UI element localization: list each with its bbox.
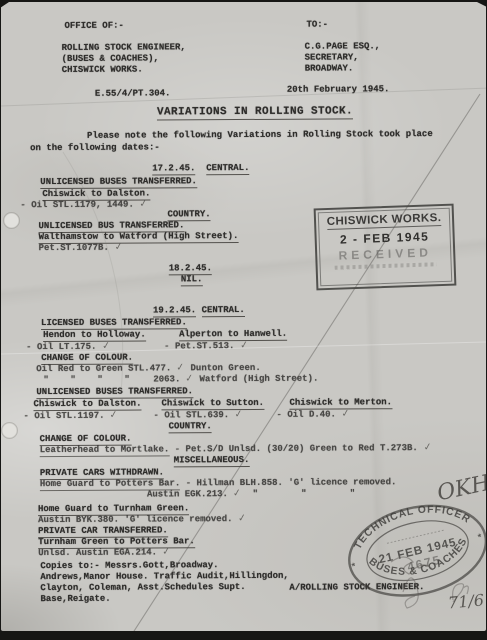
- entry-austin-ega-214: Unlsd. Austin EGA.214. ✓: [38, 547, 171, 558]
- received-stamp-title: CHISWICK WORKS.: [319, 212, 449, 229]
- received-stamp: CHISWICK WORKS. 2 - FEB 1945 RECEIVED: [314, 204, 457, 291]
- recipient-line-1: C.G.PAGE ESQ.,: [305, 41, 381, 51]
- intro-line-1: Please note the following Variations in …: [87, 129, 433, 141]
- route-home-guard-turnham-green: Home Guard to Turnham Green.: [38, 503, 189, 514]
- nil-entry: NIL.: [181, 274, 203, 284]
- letter-date: 20th February 1945.: [287, 84, 390, 95]
- route-walthamstow-watford: Walthamstow to Watford (High Street).: [39, 231, 239, 242]
- recipient-line-2: SECRETARY,: [305, 52, 359, 62]
- check-mark: ✓: [341, 409, 351, 420]
- copies-line-3: Clayton, Coleman, Asst.Schedules Supt.: [40, 582, 245, 593]
- route-chiswick-dalston: Chiswick to Dalston.: [42, 188, 150, 199]
- office-of-label: OFFICE OF:-: [64, 21, 123, 31]
- entry-austin-byk-380: Austin BYK.380. 'G' licence removed. ✓: [38, 514, 246, 525]
- check-mark: ✓: [185, 374, 195, 385]
- heading-miscellaneous: MISCELLANEOUS.: [174, 455, 250, 465]
- page-title: VARIATIONS IN ROLLING STOCK.: [157, 106, 353, 117]
- heading-change-of-colour: CHANGE OF COLOUR.: [41, 353, 133, 363]
- entry-pet-st-1077b: Pet.ST.1077B. ✓: [39, 243, 123, 253]
- entry-colour-2063: 2063. ✓ Watford (High Street).: [153, 374, 318, 385]
- received-stamp-border: CHISWICK WORKS. 2 - FEB 1945 RECEIVED: [318, 208, 453, 287]
- heading-unlicensed-bus-transferred: UNLICENSED BUS TRANSFERRED.: [38, 220, 184, 231]
- check-mark: ✓: [234, 409, 244, 420]
- oval-star-right: *: [477, 532, 483, 543]
- section-date-18-2-45: 18.2.45.: [169, 263, 212, 273]
- intro-line-2: on the following dates:-: [30, 142, 160, 153]
- handwritten-fraction-71-6: 71/6: [447, 590, 484, 612]
- region-country-2: COUNTRY.: [169, 421, 212, 431]
- check-mark: ✓: [237, 513, 247, 524]
- entry-oil-stl-639: - Oil STL.639. ✓: [153, 410, 242, 420]
- recipient-line-3: BROADWAY.: [305, 63, 354, 73]
- copies-line-2: Andrews,Manor House. Traffic Audit,Hilli…: [40, 571, 289, 582]
- check-mark: ✓: [139, 199, 149, 210]
- heading-change-of-colour-2: CHANGE OF COLOUR.: [40, 434, 132, 444]
- check-mark: ✓: [101, 341, 111, 352]
- route-chiswick-sutton: Chiswick to Sutton.: [161, 398, 264, 409]
- heading-private-car-transferred: PRIVATE CAR TRANSFERRED.: [38, 525, 168, 536]
- copies-line-4: Base,Reigate.: [40, 594, 110, 604]
- entry-oil-d-40: - Oil D.40. ✓: [276, 409, 349, 419]
- entry-leatherhead-mortlake: Leatherhead to Mortlake. - Pet.S/D Unlsd…: [40, 443, 432, 455]
- received-stamp-smudge: [335, 262, 437, 270]
- scanned-letter-page: OFFICE OF:- TO:- ROLLING STOCK ENGINEER,…: [1, 2, 486, 631]
- check-mark: ✓: [109, 410, 119, 421]
- check-mark: ✓: [239, 340, 249, 351]
- ditto-marks: " " " ": [43, 375, 129, 385]
- region-country: COUNTRY.: [167, 209, 210, 219]
- check-mark: ✓: [176, 363, 186, 374]
- entry-home-guard-potters-bar: Home Guard to Potters Bar. - Hillman BLH…: [40, 477, 397, 489]
- check-mark: ✓: [423, 442, 433, 453]
- received-stamp-received-text: RECEIVED: [320, 245, 450, 264]
- heading-unlicensed-buses-transferred-2: UNLICENSED BUSES TRANSFERRED.: [36, 386, 193, 397]
- section-date-19-2-45: 19.2.45. CENTRAL.: [153, 305, 245, 315]
- office-line-3: CHISWICK WORKS.: [62, 65, 143, 75]
- route-hendon-holloway: Hendon to Holloway.: [43, 330, 146, 341]
- check-mark: ✓: [114, 242, 124, 253]
- route-chiswick-merton: Chiswick to Merton.: [289, 397, 392, 408]
- route-turnham-green-potters-bar: Turnham Green to Potters Bar.: [38, 536, 195, 547]
- entry-oil-lt-175: - Oil LT.175. ✓: [26, 342, 110, 352]
- to-label: TO:-: [306, 20, 328, 30]
- entry-austin-egk-213: Austin EGK.213. ✓ " " ": [147, 488, 355, 499]
- heading-licensed-buses-transferred: LICENSED BUSES TRANSFERRED.: [41, 317, 187, 328]
- route-chiswick-dalston-2: Chiswick to Dalston.: [33, 399, 141, 410]
- office-line-1: ROLLING STOCK ENGINEER,: [62, 42, 186, 53]
- heading-private-cars-withdrawn: PRIVATE CARS WITHDRAWN.: [40, 467, 164, 478]
- route-alperton-hanwell: Alperton to Hanwell.: [179, 329, 287, 340]
- section-date-17-2-45: 17.2.45. CENTRAL.: [152, 163, 249, 174]
- entry-colour-stl-477: Oil Red to Green STL.477. ✓ Dunton Green…: [36, 363, 261, 374]
- check-mark: ✓: [233, 488, 243, 499]
- copies-line-1: Copies to:- Messrs.Gott,Broadway.: [40, 560, 218, 571]
- entry-oil-stl-1197: - Oil STL.1197. ✓: [23, 411, 118, 421]
- office-line-2: (BUSES & COACHES),: [62, 53, 159, 64]
- entry-oil-stl-1179: - Oil STL.1179, 1449. ✓: [20, 200, 147, 211]
- entry-pet-st-513: - Pet.ST.513. ✓: [164, 341, 248, 351]
- heading-unlicensed-buses-transferred: UNLICENSED BUSES TRANSFERRED.: [40, 176, 197, 187]
- reference-number: E.55/4/PT.304.: [95, 88, 171, 98]
- check-mark: ✓: [162, 547, 172, 558]
